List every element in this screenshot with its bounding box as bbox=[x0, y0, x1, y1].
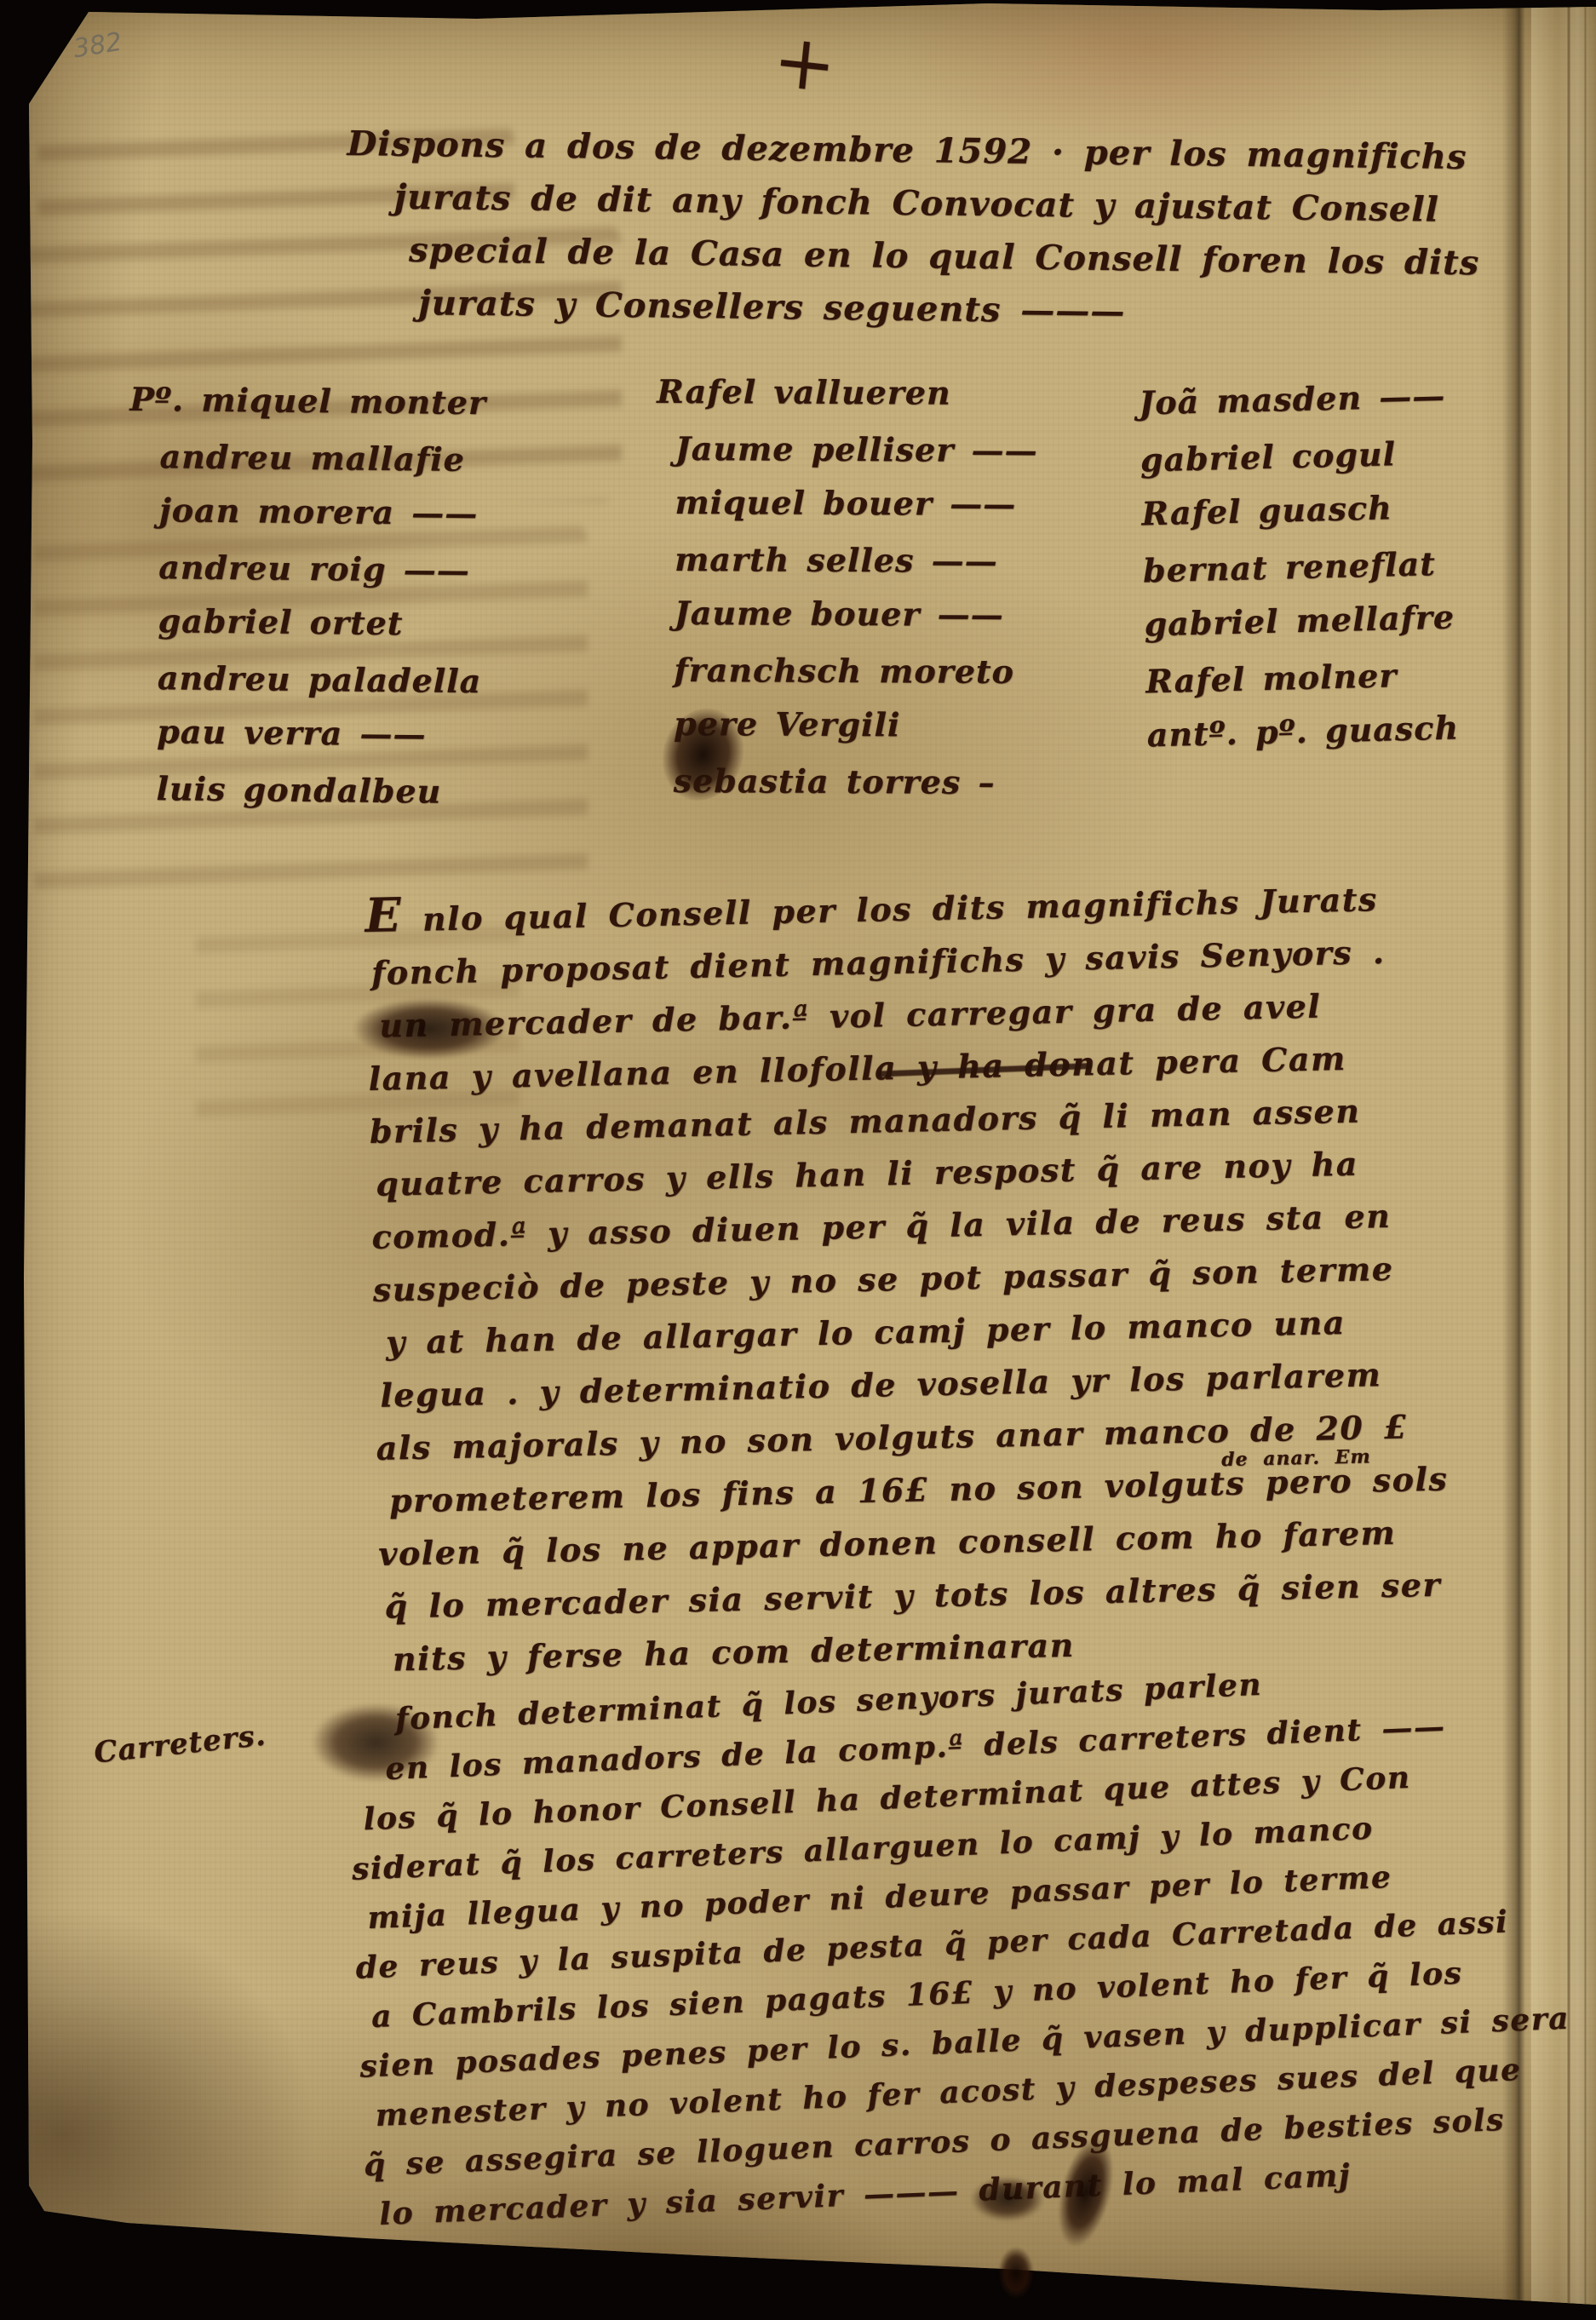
ink-blot bbox=[312, 1703, 439, 1782]
interline-correction: de anar. Em bbox=[1221, 1430, 1372, 1486]
attendee-name: Jaume pelliser —— bbox=[675, 421, 1038, 478]
ink-blot bbox=[971, 2177, 1044, 2221]
attendee-name: Pº. miquel monter bbox=[129, 371, 486, 430]
attendee-name: Joã masden —— bbox=[1138, 368, 1451, 431]
resolution-paragraph-2: fonch determinat q̃ los senyors jurats p… bbox=[345, 1647, 1592, 2239]
attendee-name: Rafel guasch bbox=[1141, 479, 1455, 542]
attendee-name: bernat reneflat bbox=[1142, 536, 1455, 599]
attendee-name: franchsch moreto bbox=[674, 642, 1036, 699]
folio-number: 382 bbox=[72, 27, 124, 65]
attendee-name: miquel bouer —— bbox=[675, 474, 1037, 531]
session-heading: Dispons a dos de dezembre 1592 · per los… bbox=[345, 118, 1455, 342]
invocation-cross-mark: + bbox=[769, 15, 841, 109]
attendee-name: andreu mallafie bbox=[159, 428, 485, 487]
attendee-name: gabriel ortet bbox=[158, 593, 484, 652]
attendee-name: andreu paladella bbox=[158, 650, 484, 709]
attendees-column-1: Pº. miquel monter andreu mallafie joan m… bbox=[125, 371, 486, 818]
attendees-column-3: Joã masden —— gabriel cogul Rafel guasch… bbox=[1138, 368, 1459, 763]
attendee-name: antº. pº. guasch bbox=[1146, 699, 1460, 762]
attendee-name: pau verra —— bbox=[157, 703, 483, 762]
attendee-name: gabriel cogul bbox=[1140, 425, 1453, 488]
attendee-name: andreu roig —— bbox=[158, 539, 485, 598]
attendee-name: luis gondalbeu bbox=[156, 761, 482, 819]
attendee-name: gabriel mellafre bbox=[1144, 589, 1457, 652]
margin-note-carreters: Carreters. bbox=[92, 1719, 267, 1771]
manuscript-page-photo: 382 + Dispons a dos de dezembre 1592 · p… bbox=[0, 0, 1596, 2320]
attendee-name: Jaume bouer —— bbox=[675, 585, 1037, 642]
attendee-name: joan morera —— bbox=[159, 482, 485, 541]
ink-blot bbox=[353, 998, 506, 1060]
ink-blot bbox=[998, 2247, 1034, 2300]
attendee-name: Rafel molner bbox=[1145, 646, 1458, 709]
attendee-name: marth selles —— bbox=[675, 531, 1037, 589]
manuscript-content: 382 + Dispons a dos de dezembre 1592 · p… bbox=[0, 0, 1596, 2320]
attendee-name: Rafel vallueren bbox=[657, 364, 1038, 421]
resolution-paragraph-1: E nlo qual Consell per los dits magnific… bbox=[365, 864, 1590, 1686]
